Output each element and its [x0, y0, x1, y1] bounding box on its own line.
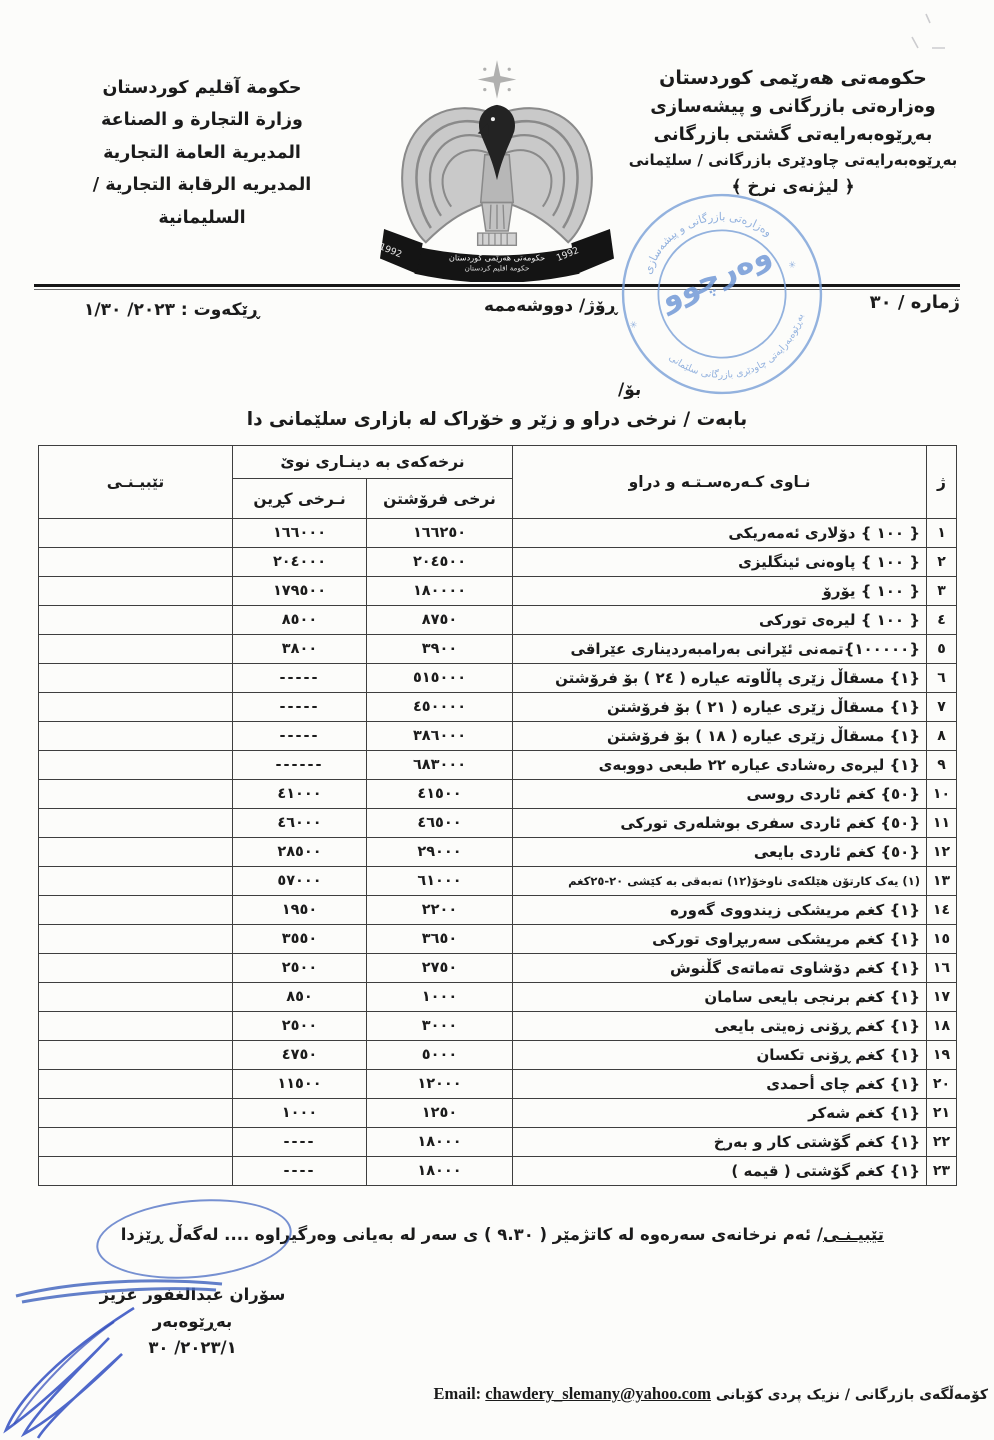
note-cell [39, 664, 233, 693]
item-name: (١) یەک کارتۆن هێلکەی ناوخۆ(١٢) تەبەقی ب… [513, 867, 927, 896]
horizontal-divider [34, 284, 960, 290]
row-number: ٩ [927, 751, 957, 780]
sell-price: ٣٨٦٠٠٠ [367, 722, 513, 751]
note-cell [39, 693, 233, 722]
row-number: ٦ [927, 664, 957, 693]
table-row: ١٨ {١} کغم ڕۆنی زەیتی بایعی ٣٠٠٠ ٢٥٠٠ [39, 1012, 957, 1041]
buy-price: ٨٥٠٠ [233, 606, 367, 635]
letterhead-line: وزارة التجارة و الصناعة [52, 104, 352, 136]
row-number: ٤ [927, 606, 957, 635]
buy-price: ٨٥٠ [233, 983, 367, 1012]
svg-text:وەزارەتی بازرگانی و پیشەسازی: وەزارەتی بازرگانی و پیشەسازی [630, 193, 777, 279]
sell-price: ٣٩٠٠ [367, 635, 513, 664]
column-header-sell: نرخی فرۆشتن [367, 479, 513, 519]
row-number: ١٠ [927, 780, 957, 809]
svg-text:✳: ✳ [629, 320, 640, 332]
table-row: ١٣ (١) یەک کارتۆن هێلکەی ناوخۆ(١٢) تەبەق… [39, 867, 957, 896]
emblem-banner-text: حكومەتی هەرێمی كوردستان [449, 253, 545, 263]
footer-contact: كۆمەڵگەی بازرگانی / نزیک پردی کۆبانی Ema… [433, 1384, 988, 1404]
row-number: ٥ [927, 635, 957, 664]
note-cell [39, 809, 233, 838]
buy-price: ----- [233, 722, 367, 751]
item-name: {٥٠} کغم ئاردی بایعی [513, 838, 927, 867]
item-name: {١} کغم گۆشتی کار و بەرخ [513, 1128, 927, 1157]
row-number: ٣ [927, 577, 957, 606]
column-header-no: ژ [927, 446, 957, 519]
letterhead-line: المديرية العامة التجارية [52, 137, 352, 169]
row-number: ٧ [927, 693, 957, 722]
table-row: ١٦ {١} کغم دۆشاوی تەماتەی گڵنوش ٢٧٥٠ ٢٥٠… [39, 954, 957, 983]
sell-price: ٦١٠٠٠ [367, 867, 513, 896]
item-name: {١} کغم گۆشتی ( قیمە ) [513, 1157, 927, 1186]
item-name: {١} لیرەی رەشادی عیارە ٢٢ طبعی دووبەی [513, 751, 927, 780]
table-row: ٧ {١} مسقاڵ زێری عیارە ( ٢١ ) بۆ فرۆشتن … [39, 693, 957, 722]
row-number: ٢٢ [927, 1128, 957, 1157]
row-number: ١٣ [927, 867, 957, 896]
item-name: {١} کغم ڕۆنی زەیتی بایعی [513, 1012, 927, 1041]
letterhead-kurdish: حكومەتی هەرێمی كوردستان وەزارەتی بازرگان… [618, 64, 968, 201]
sell-price: ١٢٠٠٠ [367, 1070, 513, 1099]
note-cell [39, 1128, 233, 1157]
note-cell [39, 1041, 233, 1070]
note-cell [39, 1070, 233, 1099]
table-row: ٢٣ {١} کغم گۆشتی ( قیمە ) ١٨٠٠٠ ---- [39, 1157, 957, 1186]
letterhead-line: بەڕێوەبەرایەتی چاودێری بازرگانی / سلێمان… [618, 149, 968, 172]
table-row: ٢١ {١} کغم شەکر ١٢٥٠ ١٠٠٠ [39, 1099, 957, 1128]
note-cell [39, 635, 233, 664]
note-cell [39, 577, 233, 606]
sell-price: ٢٩٠٠٠ [367, 838, 513, 867]
to-label: بۆ/ [618, 380, 641, 400]
emblem-banner-text2: حكومة اقليم كردستان [465, 264, 530, 273]
footer-address: كۆمەڵگەی بازرگانی / نزیک پردی کۆبانی [716, 1387, 988, 1403]
item-name: {١} کغم چای أحمدی [513, 1070, 927, 1099]
item-name: { ١٠٠ } دۆلاری ئەمەریکی [513, 519, 927, 548]
letterhead-line: حكومة آقليم كوردستان [52, 72, 352, 104]
sell-price: ٤٥٠٠٠٠ [367, 693, 513, 722]
note-cell [39, 896, 233, 925]
column-header-note: تێبیـنـی [39, 446, 233, 519]
table-row: ١٧ {١} کغم برنجی بایعی سامان ١٠٠٠ ٨٥٠ [39, 983, 957, 1012]
sell-price: ١٠٠٠ [367, 983, 513, 1012]
row-number: ٢١ [927, 1099, 957, 1128]
sell-price: ١٨٠٠٠٠ [367, 577, 513, 606]
buy-price: ----- [233, 693, 367, 722]
buy-price: ٤١٠٠٠ [233, 780, 367, 809]
sell-price: ٥٠٠٠ [367, 1041, 513, 1070]
buy-price: ١٩٥٠ [233, 896, 367, 925]
note-cell [39, 1157, 233, 1186]
svg-text:بەڕێوەبەرایەتی چاودێری بازرگان: بەڕێوەبەرایەتی چاودێری بازرگانی سلێمانی [665, 310, 819, 400]
letterhead-line: بەڕێوەبەرایەتی گشتی بازرگانی [618, 121, 968, 149]
row-number: ١٢ [927, 838, 957, 867]
item-name: {١} کغم شەکر [513, 1099, 927, 1128]
table-row: ٤ { ١٠٠ } لیرەی تورکی ٨٧٥٠ ٨٥٠٠ [39, 606, 957, 635]
buy-price: ٢٥٠٠ [233, 1012, 367, 1041]
item-name: {١} کغم دۆشاوی تەماتەی گڵنوش [513, 954, 927, 983]
item-name: {١} کغم برنجی بایعی سامان [513, 983, 927, 1012]
buy-price: ----- [233, 664, 367, 693]
sell-price: ٤١٥٠٠ [367, 780, 513, 809]
note-cell [39, 983, 233, 1012]
item-name: {١} کغم ڕۆنی تکسان [513, 1041, 927, 1070]
note-cell [39, 751, 233, 780]
buy-price: ٢٠٤٠٠٠ [233, 548, 367, 577]
price-table: ژ نـاوی کـەرەسـتـە و دراو نرخەکەی بە دین… [38, 445, 957, 1186]
subject-title: بابه‌ت / نرخی دراو و زێر و خۆراک له بازا… [0, 409, 994, 430]
table-row: ٢٠ {١} کغم چای أحمدی ١٢٠٠٠ ١١٥٠٠ [39, 1070, 957, 1099]
buy-price: ------ [233, 751, 367, 780]
table-row: ١٠ {٥٠} کغم ئاردی روسی ٤١٥٠٠ ٤١٠٠٠ [39, 780, 957, 809]
buy-price: ٤٦٠٠٠ [233, 809, 367, 838]
sell-price: ٣٠٠٠ [367, 1012, 513, 1041]
column-header-buy: نـرخی کڕین [233, 479, 367, 519]
table-row: ٥ {١٠٠٠٠٠}تمەنی ئێرانی بەرامبەردیناری عێ… [39, 635, 957, 664]
krg-eagle-emblem-icon: 1992 1992 حكومەتی هەرێمی كوردستان حكومة … [380, 58, 614, 282]
item-name: { ١٠٠ } پاوەنی ئینگلیزی [513, 548, 927, 577]
letterhead-arabic: حكومة آقليم كوردستان وزارة التجارة و الص… [52, 72, 352, 234]
note-cell [39, 780, 233, 809]
sell-price: ١٦٦٢٥٠ [367, 519, 513, 548]
row-number: ٢ [927, 548, 957, 577]
document-day: ڕۆژ/ دووشەممە [484, 296, 617, 316]
table-row: ٢ { ١٠٠ } پاوەنی ئینگلیزی ٢٠٤٥٠٠ ٢٠٤٠٠٠ [39, 548, 957, 577]
buy-price: ---- [233, 1128, 367, 1157]
column-header-name: نـاوی کـەرەسـتـە و دراو [513, 446, 927, 519]
letterhead-line: وەزارەتی بازرگانی و پیشەسازی [618, 93, 968, 121]
email-label: Email: [433, 1384, 481, 1403]
footer-note-label: تێبیـنـی [823, 1225, 884, 1244]
note-cell [39, 838, 233, 867]
sell-price: ٨٧٥٠ [367, 606, 513, 635]
table-row: ١ { ١٠٠ } دۆلاری ئەمەریکی ١٦٦٢٥٠ ١٦٦٠٠٠ [39, 519, 957, 548]
buy-price: ١٦٦٠٠٠ [233, 519, 367, 548]
table-row: ١٩ {١} کغم ڕۆنی تکسان ٥٠٠٠ ٤٧٥٠ [39, 1041, 957, 1070]
sell-price: ٣٦٥٠ [367, 925, 513, 954]
sell-price: ٤٦٥٠٠ [367, 809, 513, 838]
sell-price: ١٨٠٠٠ [367, 1128, 513, 1157]
note-cell [39, 519, 233, 548]
table-row: ٢٢ {١} کغم گۆشتی کار و بەرخ ١٨٠٠٠ ---- [39, 1128, 957, 1157]
letterhead-line: ﴿ لیژنەی نرخ ﴾ [618, 174, 968, 200]
table-row: ٩ {١} لیرەی رەشادی عیارە ٢٢ طبعی دووبەی … [39, 751, 957, 780]
email-address: chawdery_slemany@yahoo.com [485, 1384, 711, 1403]
item-name: { ١٠٠ } لیرەی تورکی [513, 606, 927, 635]
pen-marks [888, 4, 958, 74]
buy-price: ١٧٩٥٠٠ [233, 577, 367, 606]
stamp-center-text: وەرچوو [653, 236, 777, 318]
note-cell [39, 606, 233, 635]
table-row: ١٥ {١} کغم مریشکی سەربڕاوی تورکی ٣٦٥٠ ٣٥… [39, 925, 957, 954]
document-number: ژمارە / ٣٠ [870, 292, 960, 313]
buy-price: ١٠٠٠ [233, 1099, 367, 1128]
note-cell [39, 867, 233, 896]
item-name: {٥٠} کغم ئاردی سفری بوشلەری تورکی [513, 809, 927, 838]
item-name: {١٠٠٠٠٠}تمەنی ئێرانی بەرامبەردیناری عێرا… [513, 635, 927, 664]
buy-price: ٥٧٠٠٠ [233, 867, 367, 896]
row-number: ٨ [927, 722, 957, 751]
sell-price: ٢٧٥٠ [367, 954, 513, 983]
column-header-price-group: نرخەکەی بە دینـاری نوێ [233, 446, 513, 479]
buy-price: ١١٥٠٠ [233, 1070, 367, 1099]
note-cell [39, 925, 233, 954]
row-number: ٢٠ [927, 1070, 957, 1099]
table-row: ٨ {١} مسقاڵ زێری عیارە ( ١٨ ) بۆ فرۆشتن … [39, 722, 957, 751]
table-row: ٣ { ١٠٠ } یۆرۆ ١٨٠٠٠٠ ١٧٩٥٠٠ [39, 577, 957, 606]
row-number: ١٦ [927, 954, 957, 983]
sell-price: ٦٨٣٠٠٠ [367, 751, 513, 780]
note-cell [39, 954, 233, 983]
sell-price: ٢٠٤٥٠٠ [367, 548, 513, 577]
row-number: ٢٣ [927, 1157, 957, 1186]
row-number: ١٧ [927, 983, 957, 1012]
buy-price: ٢٨٥٠٠ [233, 838, 367, 867]
table-row: ١١ {٥٠} کغم ئاردی سفری بوشلەری تورکی ٤٦٥… [39, 809, 957, 838]
sell-price: ٥١٥٠٠٠ [367, 664, 513, 693]
sell-price: ١٢٥٠ [367, 1099, 513, 1128]
scanned-price-list-document: حكومەتی هەرێمی كوردستان وەزارەتی بازرگان… [0, 0, 994, 1440]
item-name: { ١٠٠ } یۆرۆ [513, 577, 927, 606]
item-name: {١} مسقاڵ زێری عیارە ( ١٨ ) بۆ فرۆشتن [513, 722, 927, 751]
handwritten-signature [0, 1302, 154, 1440]
blue-round-stamp: وەزارەتی بازرگانی و پیشەسازی بەڕێوەبەرای… [616, 188, 828, 400]
table-row: ٦ {١} مسقاڵ زێری پاڵاوتە عیارە ( ٢٤ ) بۆ… [39, 664, 957, 693]
row-number: ١١ [927, 809, 957, 838]
buy-price: ٣٥٥٠ [233, 925, 367, 954]
row-number: ١٤ [927, 896, 957, 925]
row-number: ١٥ [927, 925, 957, 954]
sell-price: ٢٢٠٠ [367, 896, 513, 925]
table-row: ١٢ {٥٠} کغم ئاردی بایعی ٢٩٠٠٠ ٢٨٥٠٠ [39, 838, 957, 867]
note-cell [39, 722, 233, 751]
note-cell [39, 548, 233, 577]
buy-price: ٤٧٥٠ [233, 1041, 367, 1070]
buy-price: ٢٥٠٠ [233, 954, 367, 983]
item-name: {٥٠} کغم ئاردی روسی [513, 780, 927, 809]
row-number: ١ [927, 519, 957, 548]
note-cell [39, 1099, 233, 1128]
item-name: {١} مسقاڵ زێری پاڵاوتە عیارە ( ٢٤ ) بۆ ف… [513, 664, 927, 693]
row-number: ١٨ [927, 1012, 957, 1041]
item-name: {١} کغم مریشکی زیندووی گەورە [513, 896, 927, 925]
buy-price: ٣٨٠٠ [233, 635, 367, 664]
svg-text:✳: ✳ [788, 260, 799, 272]
letterhead-line: المديريه الرقابة التجارية / السليمانية [52, 169, 352, 234]
stamp-ring-bottom-text: بەڕێوەبەرایەتی چاودێری بازرگانی سلێمانی [665, 310, 819, 400]
document-date: ڕێکەوت : ٢٠٢٣/ ١/٣٠ [84, 300, 259, 320]
table-row: ١٤ {١} کغم مریشکی زیندووی گەورە ٢٢٠٠ ١٩٥… [39, 896, 957, 925]
row-number: ١٩ [927, 1041, 957, 1070]
note-cell [39, 1012, 233, 1041]
sell-price: ١٨٠٠٠ [367, 1157, 513, 1186]
item-name: {١} کغم مریشکی سەربڕاوی تورکی [513, 925, 927, 954]
item-name: {١} مسقاڵ زێری عیارە ( ٢١ ) بۆ فرۆشتن [513, 693, 927, 722]
stamp-ring-top-text: وەزارەتی بازرگانی و پیشەسازی [630, 193, 777, 279]
buy-price: ---- [233, 1157, 367, 1186]
